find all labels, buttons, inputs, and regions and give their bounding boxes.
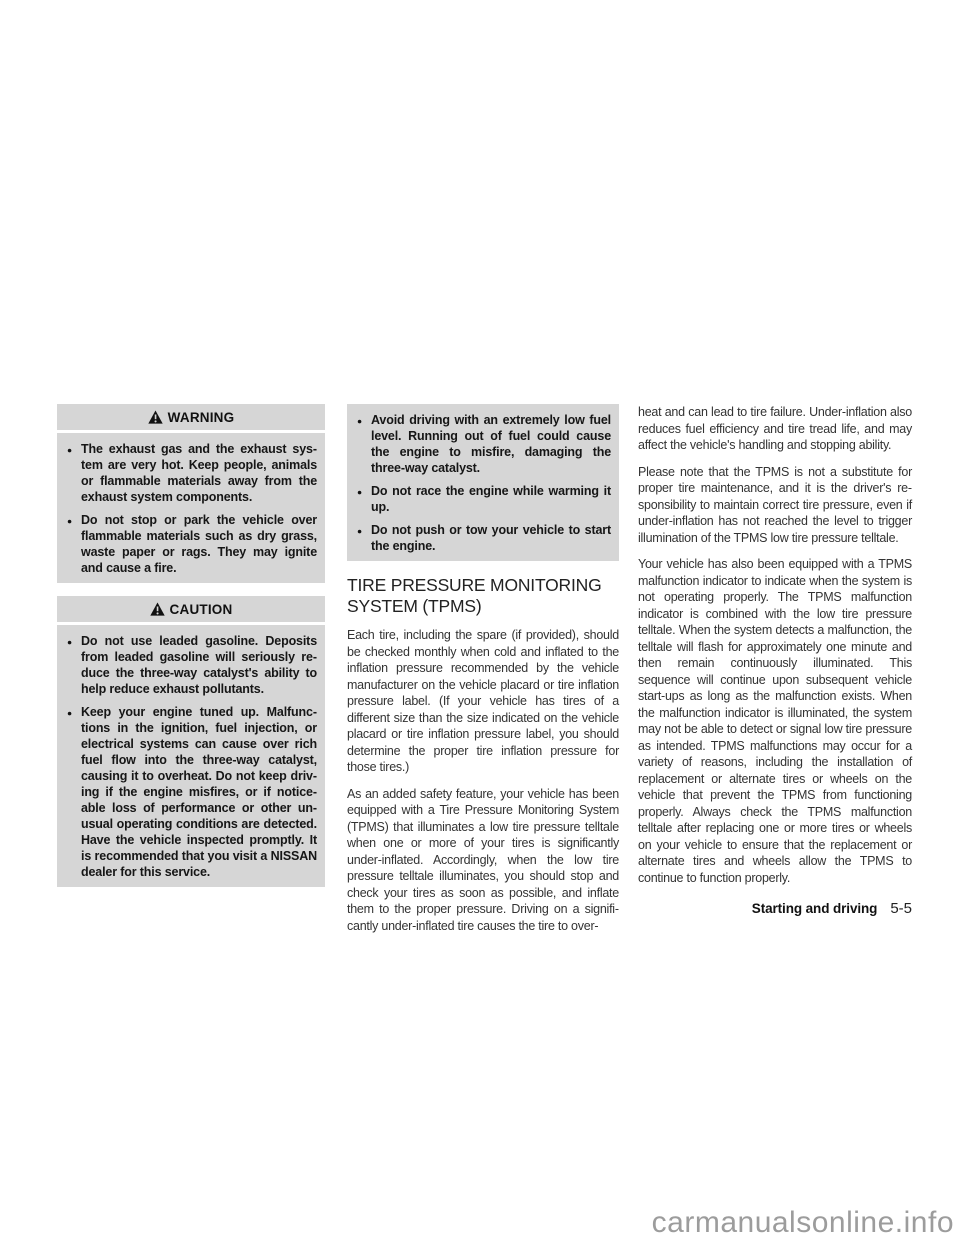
bullet-icon xyxy=(355,412,371,429)
caution-box: CAUTION Do not use leaded gasoline. Depo… xyxy=(57,596,325,887)
notice-bullet-text: Do not push or tow your vehicle to start… xyxy=(371,522,611,554)
footer-section-label: Starting and driving xyxy=(752,901,878,916)
page-footer: Starting and driving 5-5 xyxy=(638,900,912,917)
warning-bullet-text: The exhaust gas and the exhaust sys­tem … xyxy=(81,441,317,505)
left-column: WARNING The exhaust gas and the exhaust … xyxy=(57,404,325,887)
bullet-icon xyxy=(65,512,81,529)
bullet-icon xyxy=(355,483,371,500)
section-heading-tpms: TIRE PRESSURE MONITORING SYSTEM (TPMS) xyxy=(347,575,619,617)
manual-page: WARNING The exhaust gas and the exhaust … xyxy=(0,0,960,1242)
notice-bullet-text: Avoid driving with an extremely low fuel… xyxy=(371,412,611,476)
tpms-paragraph: Each tire, including the spare (if provi… xyxy=(347,627,619,776)
warning-bullet: The exhaust gas and the exhaust sys­tem … xyxy=(65,441,317,505)
bullet-icon xyxy=(65,441,81,458)
caution-title: CAUTION xyxy=(170,602,233,617)
caution-body: Do not use leaded gasoline. Deposits fro… xyxy=(57,625,325,887)
warning-box: WARNING The exhaust gas and the exhaust … xyxy=(57,404,325,583)
caution-bullet-text: Keep your engine tuned up. Malfunc­tions… xyxy=(81,704,317,880)
notice-bullet: Do not race the engine while warming it … xyxy=(355,483,611,515)
notice-bullet: Avoid driving with an extremely low fuel… xyxy=(355,412,611,476)
caution-header: CAUTION xyxy=(57,596,325,622)
warning-bullet: Do not stop or park the vehicle over fla… xyxy=(65,512,317,576)
caution-triangle-icon xyxy=(150,602,165,616)
caution-bullet: Do not use leaded gasoline. Deposits fro… xyxy=(65,633,317,697)
warning-triangle-icon xyxy=(148,410,163,424)
warning-bullet-text: Do not stop or park the vehicle over fla… xyxy=(81,512,317,576)
right-column: heat and can lead to tire failure. Under… xyxy=(638,404,912,917)
warning-header: WARNING xyxy=(57,404,325,430)
tpms-paragraph: Your vehicle has also been equipped with… xyxy=(638,556,912,886)
tpms-paragraph: As an added safety feature, your vehicle… xyxy=(347,786,619,935)
watermark-text: carmanualsonline.info xyxy=(652,1206,954,1240)
tpms-paragraph: heat and can lead to tire failure. Under… xyxy=(638,404,912,454)
warning-body: The exhaust gas and the exhaust sys­tem … xyxy=(57,433,325,583)
notice-bullet: Do not push or tow your vehicle to start… xyxy=(355,522,611,554)
tpms-paragraph: Please note that the TPMS is not a subst… xyxy=(638,464,912,547)
bullet-icon xyxy=(65,704,81,721)
notice-box: Avoid driving with an extremely low fuel… xyxy=(347,404,619,561)
middle-column: Avoid driving with an extremely low fuel… xyxy=(347,404,619,934)
bullet-icon xyxy=(65,633,81,650)
caution-bullet: Keep your engine tuned up. Malfunc­tions… xyxy=(65,704,317,880)
bullet-icon xyxy=(355,522,371,539)
warning-title: WARNING xyxy=(168,410,235,425)
caution-bullet-text: Do not use leaded gasoline. Deposits fro… xyxy=(81,633,317,697)
footer-page-number: 5-5 xyxy=(890,900,912,917)
notice-bullet-text: Do not race the engine while warming it … xyxy=(371,483,611,515)
